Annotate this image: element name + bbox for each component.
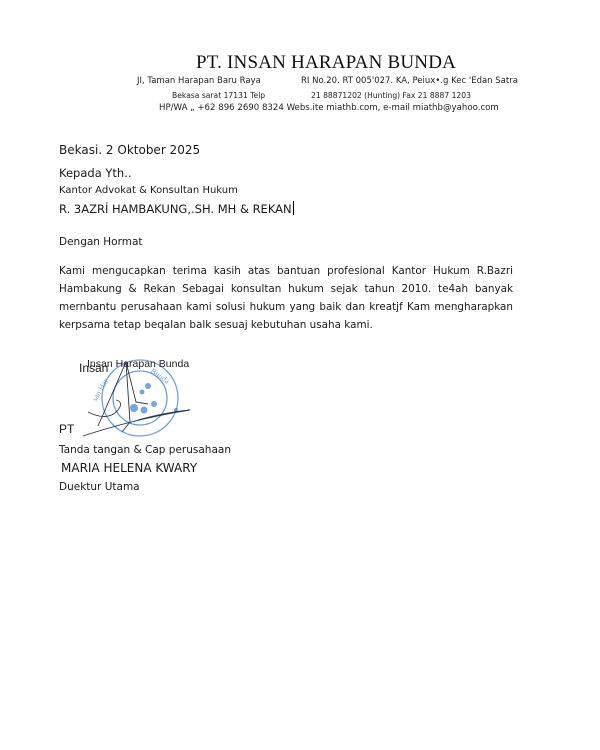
- phone-fax: 21 88871202 (Hunting) Fax 21 8887 1203: [311, 91, 471, 100]
- signature-caption: Tanda tangan & Cap perusahaan: [59, 444, 231, 456]
- letter-date: Bekasi. 2 Oktober 2025: [59, 143, 200, 157]
- address-city: Bekasa sarat 17131 Telp: [172, 91, 265, 100]
- recipient-name-text: R. 3AZRİ HAMBAKUNG,.SH. MH & REKAN: [59, 202, 292, 216]
- recipient-org: Kantor Advokat & Konsultan Hukum: [59, 185, 238, 196]
- salutation: Dengan Hormat: [59, 236, 143, 248]
- signer-name: MARIA HELENA KWARY: [61, 461, 197, 475]
- stamp-overlay-text: Insan: [79, 361, 108, 375]
- letter-body: Kami mengucapkan terima kasih atas bantu…: [59, 262, 513, 334]
- signer-title: Duektur Utama: [59, 481, 140, 493]
- recipient-name[interactable]: R. 3AZRİ HAMBAKUNG,.SH. MH & REKAN: [59, 201, 294, 216]
- body-line: kerpsama tetap beqalan balk sesuaj kebut…: [59, 316, 513, 334]
- body-line: mernbantu perusahaan kami solusi hukum y…: [59, 298, 513, 316]
- recipient-intro: Kepada Yth..: [59, 166, 132, 180]
- company-title: PT. INSAN HARAPAN BUNDA: [0, 52, 600, 74]
- address-street: JI, Taman Harapan Baru Raya: [137, 76, 261, 86]
- contact-line: HP/WA „ +62 896 2690 8324 Webs.ite miath…: [159, 103, 499, 113]
- company-prefix: PT: [59, 422, 74, 436]
- svg-text:san Har: san Har: [90, 377, 110, 403]
- address-detail: RI No.20. RT 005'027. KA, Peiux•.g Kec '…: [301, 76, 518, 86]
- body-line: Kami mengucapkan terima kasih atas bantu…: [59, 262, 513, 280]
- text-cursor: [293, 201, 294, 215]
- body-line: Hambakung & Rekan Sebagai konsultan huku…: [59, 280, 513, 298]
